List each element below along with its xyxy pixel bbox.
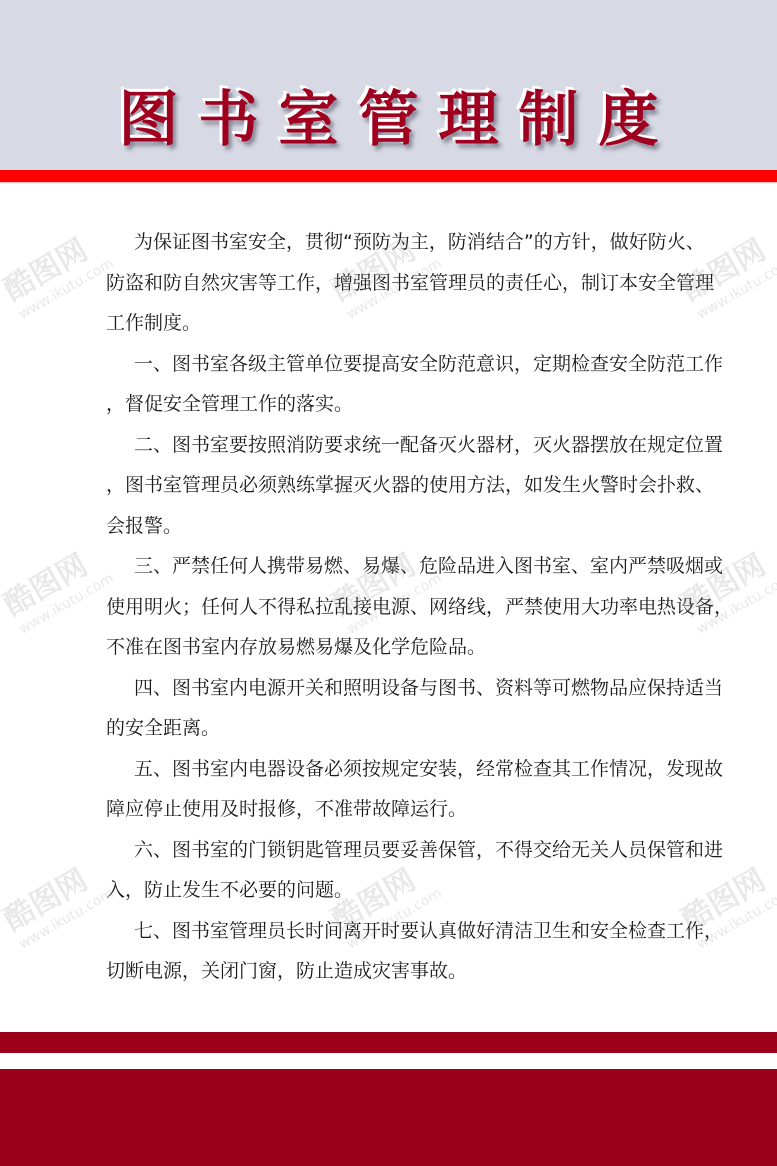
text-line: 五、图书室内电器设备必须按规定安装，经常检查其工作情况，发现故: [78, 749, 718, 790]
text-line: 三、严禁任何人携带易燃、易爆、危险品进入图书室、室内严禁吸烟或: [78, 546, 718, 587]
text-line: 为保证图书室安全，贯彻“预防为主，防消结合”的方针，做好防火、: [78, 222, 718, 263]
rules-body: 为保证图书室安全，贯彻“预防为主，防消结合”的方针，做好防火、 防盗和防自然灾害…: [78, 222, 718, 992]
page-title: 图书室管理制度: [0, 84, 777, 156]
text-line: 会报警。: [78, 506, 718, 547]
footer-stripe: [0, 1032, 777, 1053]
footer-band: [0, 1069, 777, 1166]
text-line: 六、图书室的门锁钥匙管理员要妥善保管，不得交给无关人员保管和进: [78, 830, 718, 871]
text-line: 七、图书室管理员长时间离开时要认真做好清洁卫生和安全检查工作，: [78, 911, 718, 952]
rule-1: 一、图书室各级主管单位要提高安全防范意识，定期检查安全防范工作 ，督促安全管理工…: [78, 344, 718, 425]
text-line: 障应停止使用及时报修，不准带故障运行。: [78, 789, 718, 830]
rule-5: 五、图书室内电器设备必须按规定安装，经常检查其工作情况，发现故 障应停止使用及时…: [78, 749, 718, 830]
text-line: 切断电源，关闭门窗，防止造成灾害事故。: [78, 951, 718, 992]
text-line: 工作制度。: [78, 303, 718, 344]
text-line: 使用明火；任何人不得私拉乱接电源、网络线，严禁使用大功率电热设备，: [78, 587, 718, 628]
rule-4: 四、图书室内电源开关和照明设备与图书、资料等可燃物品应保持适当 的安全距离。: [78, 668, 718, 749]
text-line: 不准在图书室内存放易燃易爆及化学危险品。: [78, 627, 718, 668]
rule-7: 七、图书室管理员长时间离开时要认真做好清洁卫生和安全检查工作， 切断电源，关闭门…: [78, 911, 718, 992]
intro-paragraph: 为保证图书室安全，贯彻“预防为主，防消结合”的方针，做好防火、 防盗和防自然灾害…: [78, 222, 718, 344]
rule-3: 三、严禁任何人携带易燃、易爆、危险品进入图书室、室内严禁吸烟或 使用明火；任何人…: [78, 546, 718, 668]
text-line: 防盗和防自然灾害等工作，增强图书室管理员的责任心，制订本安全管理: [78, 263, 718, 304]
text-line: 四、图书室内电源开关和照明设备与图书、资料等可燃物品应保持适当: [78, 668, 718, 709]
text-line: 入，防止发生不必要的问题。: [78, 870, 718, 911]
header-divider: [0, 170, 777, 182]
text-line: ，督促安全管理工作的落实。: [78, 384, 718, 425]
rule-2: 二、图书室要按照消防要求统一配备灭火器材，灭火器摆放在规定位置 ，图书室管理员必…: [78, 425, 718, 547]
text-line: ，图书室管理员必须熟练掌握灭火器的使用方法，如发生火警时会扑救、: [78, 465, 718, 506]
rule-6: 六、图书室的门锁钥匙管理员要妥善保管，不得交给无关人员保管和进 入，防止发生不必…: [78, 830, 718, 911]
text-line: 二、图书室要按照消防要求统一配备灭火器材，灭火器摆放在规定位置: [78, 425, 718, 466]
text-line: 一、图书室各级主管单位要提高安全防范意识，定期检查安全防范工作: [78, 344, 718, 385]
text-line: 的安全距离。: [78, 708, 718, 749]
